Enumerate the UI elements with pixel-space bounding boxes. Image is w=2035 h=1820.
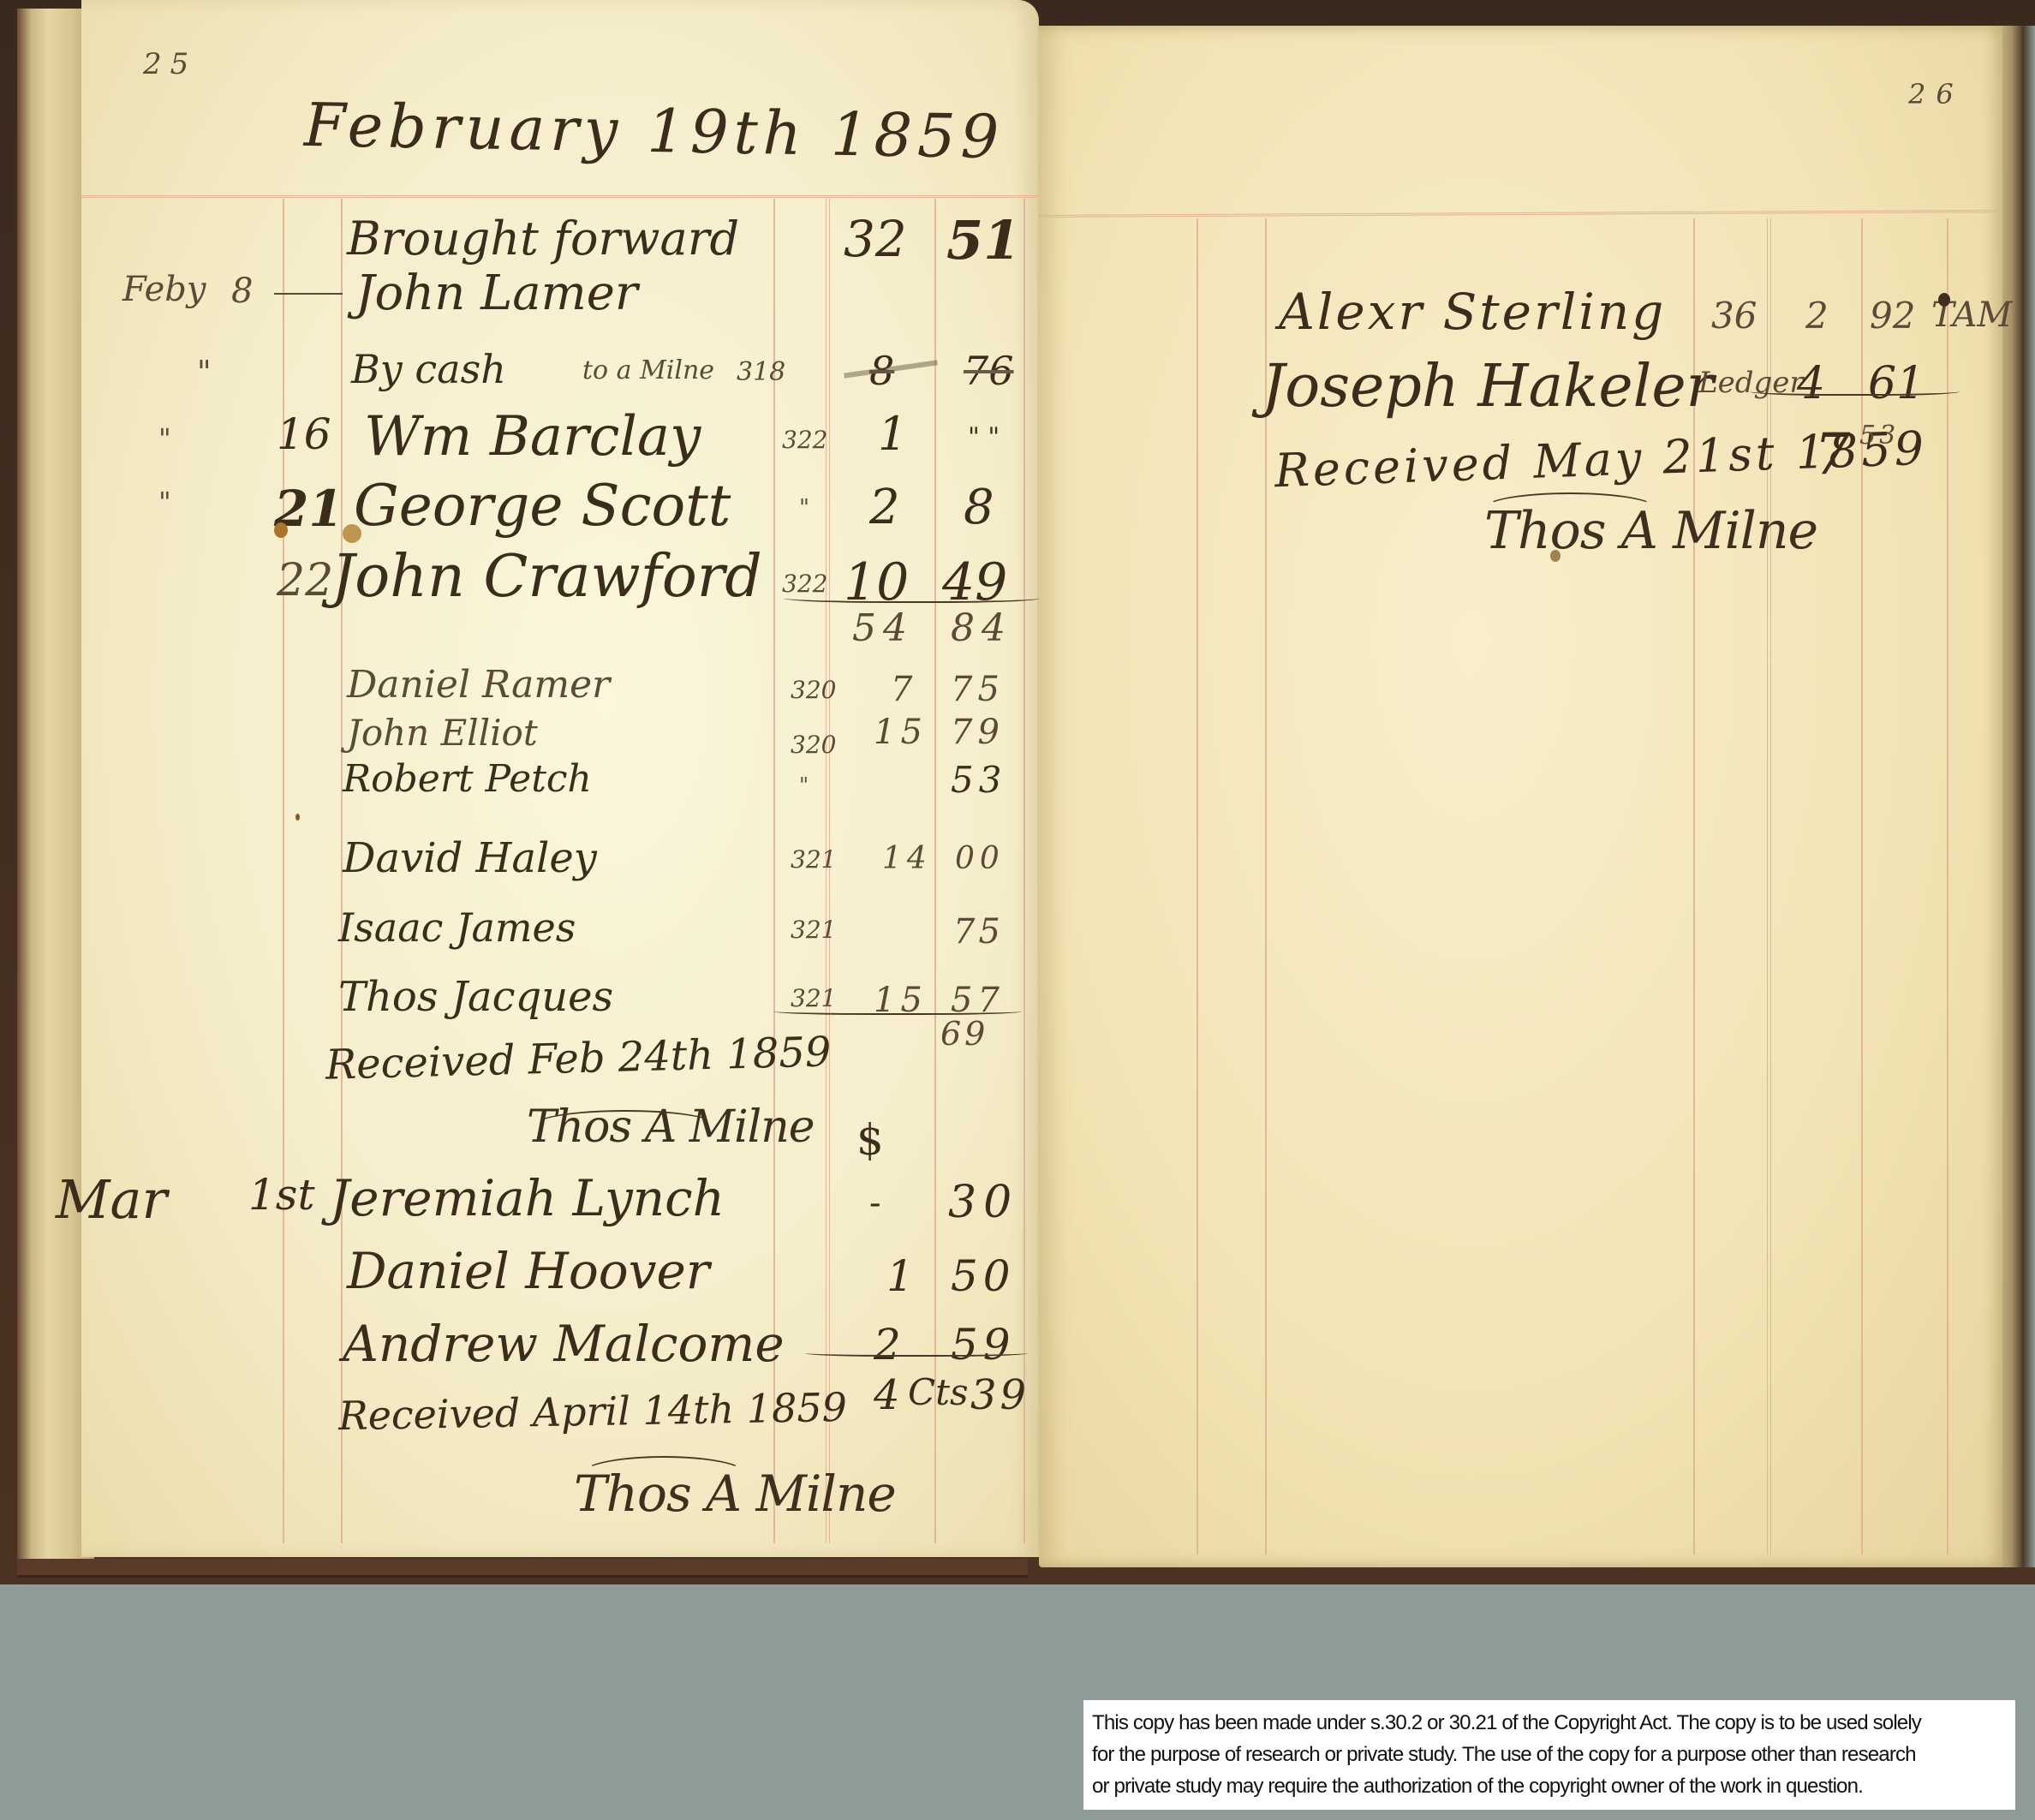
entry-day: 1st (248, 1173, 315, 1216)
entry-day: 16 (277, 413, 331, 456)
entry-name: George Scott (354, 478, 731, 534)
entry-cents: 61 (1868, 361, 1925, 406)
dollars-column-rule (1767, 218, 1771, 1554)
entry-ref: 320 (791, 733, 836, 757)
entry-ref: 321 (791, 918, 836, 942)
ink-stain (1550, 550, 1561, 562)
entry-name: Robert Petch (343, 761, 592, 798)
entry-ref: " (799, 497, 809, 519)
ink-dot (295, 814, 300, 820)
date-column-rule (283, 199, 284, 1543)
right-margin-rule (1023, 199, 1025, 1543)
entry-day: 8 (231, 274, 253, 308)
entry-cents: 75 (951, 672, 1005, 707)
entry-month: Mar (56, 1173, 167, 1226)
entry-name: Andrew Malcome (343, 1319, 785, 1369)
subtotal-2-cents: 69 (940, 1017, 988, 1050)
entry-name: Joseph Hakeler (1262, 358, 1714, 416)
subtotal-rule (773, 1006, 1022, 1015)
total-rule (805, 1348, 1028, 1357)
entry-name: Isaac James (338, 908, 576, 947)
entry-dollars: 7 (891, 672, 912, 707)
entry-ref: " (799, 775, 809, 796)
entry-name: Wm Barclay (364, 409, 701, 464)
subtotal-rule (784, 591, 1041, 603)
entry-name: David Haley (343, 838, 597, 879)
entry-dollars: 2 (874, 1323, 901, 1366)
ledger-page-left: 25 February 19th 1859 Brought forward 32… (81, 0, 1039, 1557)
ink-blot (1938, 293, 1950, 307)
header-rule (81, 195, 1039, 198)
currency-mark: $ (856, 1119, 884, 1161)
entry-cents: 76 (964, 351, 1014, 391)
copyright-notice: This copy has been made under s.30.2 or … (1083, 1700, 2015, 1810)
entry-cents: 75 (953, 915, 1004, 949)
entry-month: " (158, 488, 171, 516)
total-rule (1750, 385, 1960, 396)
receipt-cents: 53 (1859, 423, 1899, 449)
subtotal-1-cents: 84 (951, 610, 1012, 647)
entry-ref: 321 (791, 848, 836, 872)
entry-dollars: 14 (882, 844, 932, 874)
entry-cents: 8 (964, 484, 994, 532)
entry-ref: 318 (737, 360, 785, 385)
total-3-dollars: 4 (874, 1375, 900, 1416)
entry-name: John Elliot (347, 715, 538, 751)
entry-month: " (197, 358, 212, 389)
entry-dollars: 2 (1805, 298, 1829, 334)
ledger-page-right: 26 Alexr Sterling 36 2 92 TAM Joseph Hak… (1039, 26, 2002, 1567)
signature-flourish (582, 1456, 745, 1490)
entry-cents: 92 (1870, 298, 1915, 334)
entry-name: John Lamer (355, 270, 638, 318)
entry-cents: 53 (951, 762, 1006, 798)
entry-month: " (158, 425, 171, 452)
page-heading-date: February 19th 1859 (303, 95, 1004, 167)
brought-forward-dollars: 32 (844, 214, 907, 264)
dash-mark (274, 293, 343, 295)
receipt-1-text: Received Feb 24th 1859 (325, 1031, 832, 1085)
entry-name: Alexr Sterling (1279, 287, 1666, 337)
header-rule (1039, 210, 1998, 218)
entry-dollars: - (869, 1186, 881, 1220)
entry-ref: 320 (791, 678, 836, 702)
entry-dollars: 1 (878, 411, 907, 457)
total-3-label: Cts (908, 1375, 969, 1411)
entry-cents: 59 (951, 1323, 1016, 1366)
entry-name: Jeremiah Lynch (330, 1173, 725, 1223)
entry-ref: 36 (1711, 298, 1757, 334)
entry-ref: 322 (782, 428, 827, 452)
cents-column-rule (1861, 218, 1863, 1554)
entry-dollars: 15 (874, 715, 928, 749)
total-3-cents: 39 (970, 1375, 1029, 1416)
cents-column-rule (934, 199, 936, 1543)
entry-cents: 79 (951, 715, 1005, 749)
page-number: 26 (1908, 81, 1964, 108)
right-margin-rule (1947, 218, 1948, 1554)
page-number: 25 (143, 50, 197, 79)
entry-day: 22 (277, 558, 333, 603)
copyright-line-1: This copy has been made under s.30.2 or … (1092, 1707, 1993, 1739)
entry-month: Feby (122, 272, 206, 307)
receipt-2-text: Received April 14th 1859 (338, 1387, 848, 1435)
entry-dollars: 2 (869, 484, 900, 532)
entry-cents: 50 (951, 1255, 1016, 1298)
entry-cents: 00 (955, 844, 1005, 874)
entry-note: to a Milne (582, 358, 714, 384)
brought-forward-label: Brought forward (347, 216, 739, 262)
subtotal-1-dollars: 54 (852, 610, 914, 647)
copyright-line-3: or private study may require the authori… (1092, 1770, 1993, 1802)
ink-stain (274, 522, 288, 538)
entry-name: John Crawford (331, 548, 762, 606)
entry-dollars: 1 (886, 1255, 914, 1298)
entry-name: Daniel Ramer (347, 666, 610, 704)
signature-flourish (1484, 492, 1656, 523)
date-column-rule (1197, 218, 1198, 1554)
entry-dollars: 4 (1797, 361, 1825, 406)
entry-name: Thos Jacques (338, 976, 613, 1017)
entry-name: By cash (351, 349, 506, 389)
copyright-line-2: for the purpose of research or private s… (1092, 1739, 1993, 1770)
brought-forward-cents: 51 (946, 214, 1020, 267)
rust-spot (343, 524, 361, 543)
entry-name: Daniel Hoover (347, 1246, 710, 1296)
cover-bottom-edge (17, 1559, 1028, 1578)
receipt-dollars: 7 (1814, 427, 1850, 483)
signature-flourish (535, 1110, 715, 1139)
entry-cents: 30 (948, 1180, 1018, 1225)
entry-cents: " " (968, 425, 1000, 451)
